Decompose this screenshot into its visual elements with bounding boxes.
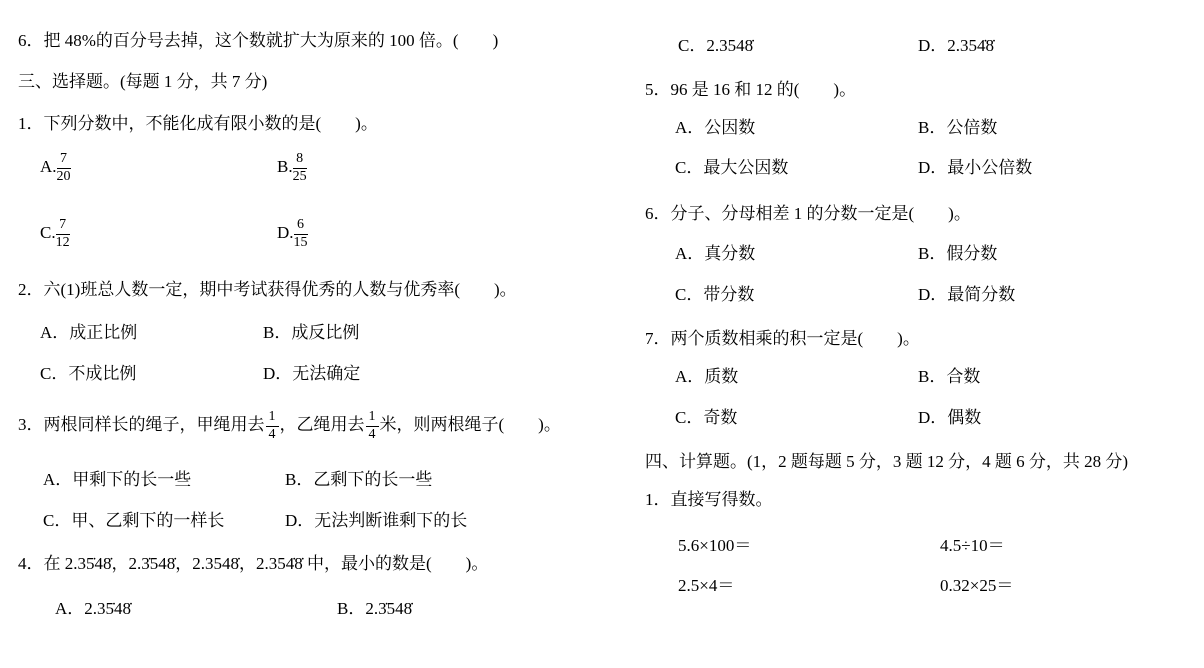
question-3-option-d: D．无法判断谁剩下的长 xyxy=(285,510,467,531)
judge-question-6: 6．把 48%的百分号去掉，这个数就扩大为原来的 100 倍。( ) xyxy=(18,30,624,51)
option-label: C. xyxy=(40,223,56,242)
calc-item-3: 2.5×4＝ xyxy=(678,575,734,596)
left-column: 6．把 48%的百分号去掉，这个数就扩大为原来的 100 倍。( ) 三、选择题… xyxy=(18,0,624,668)
fraction-denominator: 4 xyxy=(266,427,279,443)
question-4-text: 4．在 2.35̇48̇，2.3̇548̇，2.3548̇，2.354̇8̇ 中… xyxy=(18,553,624,574)
fraction-denominator: 25 xyxy=(293,169,307,185)
question-7-option-b: B．合数 xyxy=(918,366,980,387)
question-1-option-c: C.712 xyxy=(40,218,70,250)
question-6-option-c: C．带分数 xyxy=(675,284,754,305)
question-4-options-row-2: C．2.3548̇ D．2.354̇8̇ xyxy=(645,35,1201,59)
fraction-numerator: 7 xyxy=(57,152,71,169)
calc-item-4: 0.32×25＝ xyxy=(940,575,1013,596)
question-1-options-row-2: C.712 D.615 xyxy=(18,218,624,242)
question-1-option-b: B.825 xyxy=(277,152,307,184)
question-4-option-d: D．2.354̇8̇ xyxy=(918,35,994,56)
calc-question-1-title: 1．直接写得数。 xyxy=(645,489,1201,510)
fraction-numerator: 8 xyxy=(293,152,307,169)
question-5-options-row-2: C．最大公因数 D．最小公倍数 xyxy=(645,157,1201,181)
question-6-text: 6．分子、分母相差 1 的分数一定是( )。 xyxy=(645,203,1201,224)
question-1-text: 1．下列分数中，不能化成有限小数的是( )。 xyxy=(18,113,624,134)
question-7-option-c: C．奇数 xyxy=(675,407,737,428)
question-7-options-row-1: A．质数 B．合数 xyxy=(645,366,1201,390)
fraction: 14 xyxy=(266,410,279,442)
question-7-options-row-2: C．奇数 D．偶数 xyxy=(645,407,1201,431)
fraction: 720 xyxy=(57,152,71,184)
question-5-option-d: D．最小公倍数 xyxy=(918,157,1032,178)
question-1-option-d: D.615 xyxy=(277,218,308,250)
question-6-option-d: D．最简分数 xyxy=(918,284,1015,305)
fraction-denominator: 15 xyxy=(294,235,308,251)
fraction: 825 xyxy=(293,152,307,184)
question-4-option-c: C．2.3548̇ xyxy=(678,35,753,56)
question-2-option-c: C．不成比例 xyxy=(40,363,136,384)
question-2-option-d: D．无法确定 xyxy=(263,363,360,384)
question-4-option-b: B．2.3̇548̇ xyxy=(337,598,412,619)
question-5-option-a: A．公因数 xyxy=(675,117,755,138)
question-2-option-b: B．成反比例 xyxy=(263,322,359,343)
question-6-option-a: A．真分数 xyxy=(675,243,755,264)
question-3-part3: 米，则两根绳子( )。 xyxy=(380,415,561,434)
question-4-options-row-1: A．2.35̇48̇ B．2.3̇548̇ xyxy=(18,598,624,622)
fraction: 14 xyxy=(366,410,379,442)
fraction: 712 xyxy=(56,218,70,250)
question-5-option-b: B．公倍数 xyxy=(918,117,997,138)
question-3-option-c: C．甲、乙剩下的一样长 xyxy=(43,510,224,531)
fraction-denominator: 12 xyxy=(56,235,70,251)
question-5-text: 5．96 是 16 和 12 的( )。 xyxy=(645,79,1201,100)
fraction-numerator: 1 xyxy=(266,410,279,427)
option-label: D. xyxy=(277,223,294,242)
question-5-options-row-1: A．公因数 B．公倍数 xyxy=(645,117,1201,141)
question-3-options-row-1: A．甲剩下的长一些 B．乙剩下的长一些 xyxy=(18,469,624,493)
question-6-options-row-2: C．带分数 D．最简分数 xyxy=(645,284,1201,308)
question-5-option-c: C．最大公因数 xyxy=(675,157,788,178)
section-3-heading: 三、选择题。(每题 1 分，共 7 分) xyxy=(18,71,624,92)
question-1-option-a: A.720 xyxy=(40,152,71,184)
question-3-part2: ，乙绳用去 xyxy=(280,415,365,434)
question-3-option-a: A．甲剩下的长一些 xyxy=(43,469,191,490)
question-2-option-a: A．成正比例 xyxy=(40,322,137,343)
option-label: A. xyxy=(40,157,57,176)
question-4-option-a: A．2.35̇48̇ xyxy=(55,598,131,619)
calc-items-row-2: 2.5×4＝ 0.32×25＝ xyxy=(645,575,1201,599)
question-3-part1: 3．两根同样长的绳子，甲绳用去 xyxy=(18,415,265,434)
question-1-options-row-1: A.720 B.825 xyxy=(18,152,624,176)
question-2-options-row-2: C．不成比例 D．无法确定 xyxy=(18,363,624,387)
fraction-numerator: 7 xyxy=(56,218,70,235)
fraction-denominator: 4 xyxy=(366,427,379,443)
question-2-text: 2．六(1)班总人数一定，期中考试获得优秀的人数与优秀率( )。 xyxy=(18,279,624,300)
fraction-numerator: 6 xyxy=(294,218,308,235)
fraction: 615 xyxy=(294,218,308,250)
question-2-options-row-1: A．成正比例 B．成反比例 xyxy=(18,322,624,346)
question-7-option-a: A．质数 xyxy=(675,366,738,387)
calc-item-1: 5.6×100＝ xyxy=(678,535,751,556)
right-column: C．2.3548̇ D．2.354̇8̇ 5．96 是 16 和 12 的( )… xyxy=(645,0,1201,668)
question-3-text: 3．两根同样长的绳子，甲绳用去14，乙绳用去14米，则两根绳子( )。 xyxy=(18,410,624,442)
question-3-options-row-2: C．甲、乙剩下的一样长 D．无法判断谁剩下的长 xyxy=(18,510,624,534)
fraction-numerator: 1 xyxy=(366,410,379,427)
question-6-option-b: B．假分数 xyxy=(918,243,997,264)
fraction-denominator: 20 xyxy=(57,169,71,185)
option-label: B. xyxy=(277,157,293,176)
section-4-heading: 四、计算题。(1，2 题每题 5 分，3 题 12 分，4 题 6 分，共 28… xyxy=(645,451,1201,472)
question-7-option-d: D．偶数 xyxy=(918,407,981,428)
calc-item-2: 4.5÷10＝ xyxy=(940,535,1005,556)
calc-items-row-1: 5.6×100＝ 4.5÷10＝ xyxy=(645,535,1201,559)
question-3-option-b: B．乙剩下的长一些 xyxy=(285,469,432,490)
question-7-text: 7．两个质数相乘的积一定是( )。 xyxy=(645,328,1201,349)
question-6-options-row-1: A．真分数 B．假分数 xyxy=(645,243,1201,267)
